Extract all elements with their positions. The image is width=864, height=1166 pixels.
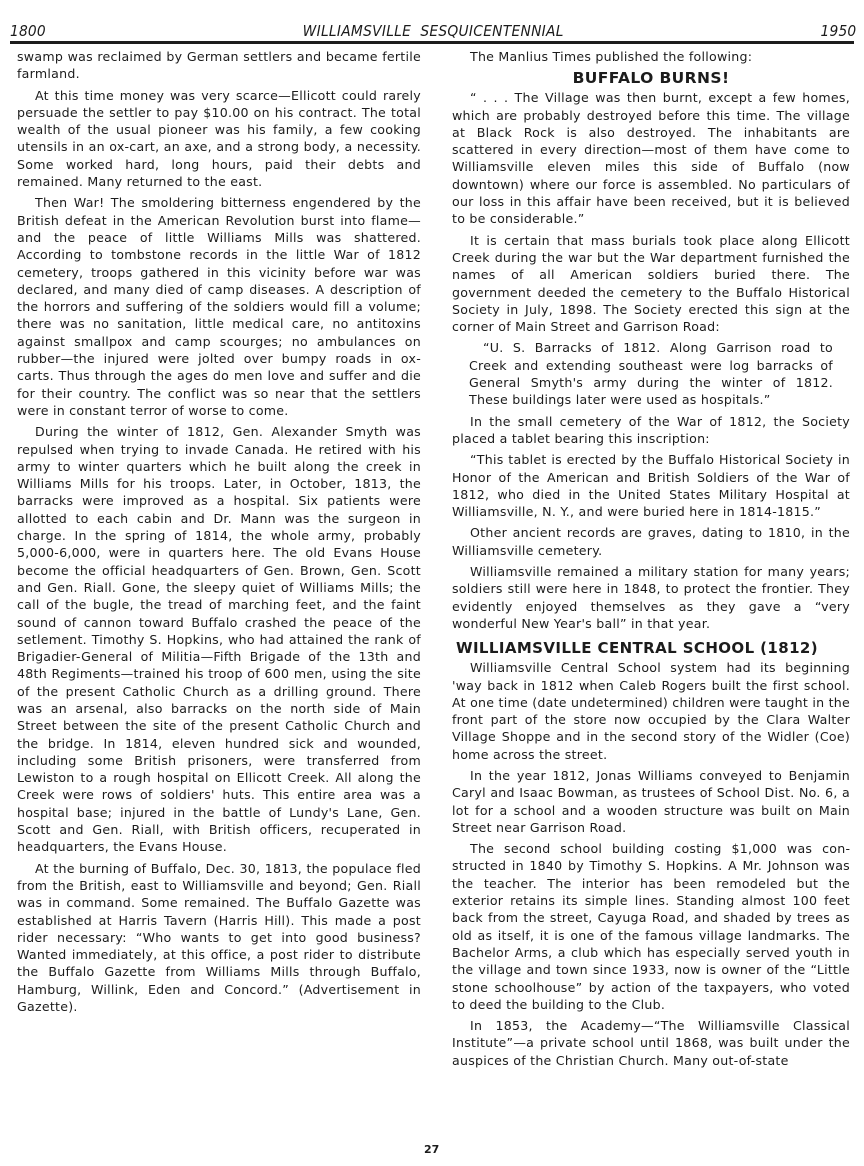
right-column: The Manlius Times published the followin… bbox=[452, 48, 850, 1073]
paragraph-academy: In 1853, the Academy—“The Williamsville … bbox=[452, 1017, 850, 1069]
paragraph-money-scarce: At this time money was very scarce—Ellic… bbox=[17, 87, 421, 191]
paragraph-cemetery-tablet: In the small cemetery of the War of 1812… bbox=[452, 413, 850, 448]
paragraph-winter-1812: During the winter of 1812, Gen. Alexande… bbox=[17, 423, 421, 855]
page-number: 27 bbox=[424, 1143, 439, 1156]
header-title: WILLIAMSVILLESESQUICENTENNIAL bbox=[303, 22, 564, 40]
paragraph-swamp: swamp was reclaimed by German settlers a… bbox=[17, 48, 421, 83]
headline-central-school: WILLIAMSVILLE CENTRAL SCHOOL (1812) bbox=[452, 638, 850, 658]
quote-tablet-inscription: “This tablet is erected by the Buffalo H… bbox=[452, 451, 850, 520]
paragraph-school-lot: In the year 1812, Jonas Williams conveye… bbox=[452, 767, 850, 836]
left-column: swamp was reclaimed by German settlers a… bbox=[17, 48, 421, 1019]
paragraph-school-beginning: Williamsville Central School system had … bbox=[452, 659, 850, 763]
header-year-end: 1950 bbox=[821, 22, 857, 40]
header-rule bbox=[10, 41, 854, 44]
paragraph-military-station: Williamsville remained a military statio… bbox=[452, 563, 850, 632]
quote-barracks-sign: “U. S. Barracks of 1812. Along Garrison … bbox=[469, 339, 833, 408]
paragraph-burning-of-buffalo: At the burning of Buffalo, Dec. 30, 1813… bbox=[17, 860, 421, 1016]
running-header: 1800 WILLIAMSVILLESESQUICENTENNIAL 1950 bbox=[10, 14, 856, 40]
paragraph-ancient-graves: Other ancient records are graves, dating… bbox=[452, 524, 850, 559]
paragraph-second-school: The second school building costing $1,00… bbox=[452, 840, 850, 1013]
header-year-start: 1800 bbox=[10, 22, 46, 40]
header-title-word-2: SESQUICENTENNIAL bbox=[420, 22, 563, 40]
header-title-word-1: WILLIAMSVILLE bbox=[303, 22, 411, 40]
paragraph-manlius-intro: The Manlius Times published the followin… bbox=[452, 48, 850, 65]
paragraph-mass-burials: It is certain that mass burials took pla… bbox=[452, 232, 850, 336]
paragraph-then-war: Then War! The smoldering bitterness enge… bbox=[17, 194, 421, 419]
headline-buffalo-burns: BUFFALO BURNS! bbox=[452, 68, 850, 88]
quote-manlius-times: “ . . . The Village was then burnt, exce… bbox=[452, 89, 850, 227]
